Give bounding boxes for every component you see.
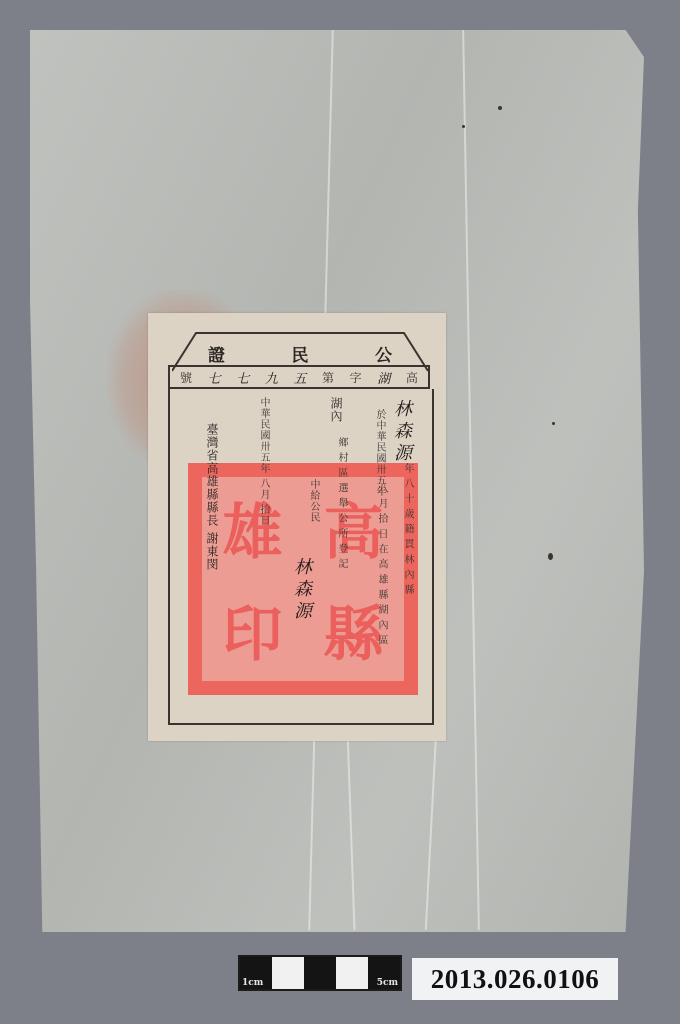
paper-fiber <box>462 30 480 930</box>
scale-left-label: 1cm <box>242 978 263 988</box>
body-line: 鄉 村 區 選 舉 公 所 登 記 <box>334 437 349 569</box>
number-char: 第 <box>322 369 334 386</box>
number-char: 字 <box>350 369 362 386</box>
body-line: 八 月 拾 日 在 高 雄 縣 湖 內 區 <box>374 483 389 713</box>
registered-place: 湖內 <box>328 397 345 423</box>
title-char: 證 <box>208 341 225 366</box>
holder-name: 林森源 <box>388 399 414 465</box>
stain-spot <box>548 553 553 560</box>
stain-spot <box>462 125 465 128</box>
certificate-title: 證 民 公 <box>172 341 428 366</box>
number-char: 號 <box>180 369 192 386</box>
number-char: 湖 <box>377 368 390 387</box>
title-char: 民 <box>292 341 309 366</box>
citizen-certificate: 證 民 公 高 湖 字 第 五 九 七 七 號 雄 高 印 縣 林森源 年 八 … <box>148 313 446 741</box>
number-char: 五 <box>293 368 306 387</box>
holder-name-repeat: 林森源 <box>288 557 314 623</box>
number-char: 九 <box>265 368 278 387</box>
stain-spot <box>552 422 555 425</box>
number-char: 高 <box>406 369 418 386</box>
scale-bar: 1cm 5cm <box>238 955 402 991</box>
accession-number-label: 2013.026.0106 <box>412 958 618 1000</box>
stain-spot <box>498 106 502 110</box>
certificate-number-band: 高 湖 字 第 五 九 七 七 號 <box>168 365 430 389</box>
paper-fiber <box>347 730 356 930</box>
body-line: 年 八 十 歲 籍 貫 林 內 縣 <box>400 463 415 713</box>
holder-label: 中給公民 <box>306 479 321 523</box>
title-char: 公 <box>375 341 392 366</box>
paper-fiber <box>425 730 437 930</box>
issuer: 臺灣省高雄縣縣長 謝東閔 <box>204 423 221 713</box>
issue-date: 中華民國卅五年 八月 拾日 <box>256 397 271 637</box>
scale-right-label: 5cm <box>377 978 398 988</box>
number-char: 七 <box>208 368 221 387</box>
number-char: 七 <box>236 368 249 387</box>
